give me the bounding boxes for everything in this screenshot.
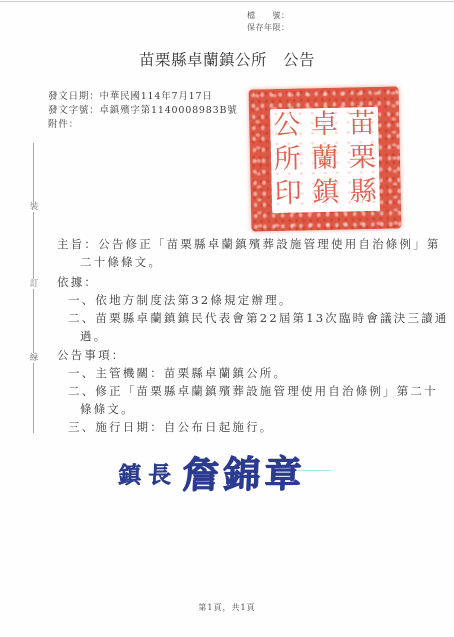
official-seal: 苗栗縣 卓蘭鎮 公所印 (249, 86, 402, 231)
body-line-basis-item2-cont: 過。 (80, 328, 107, 344)
body-line-basis-item2: 二、苗栗縣卓蘭鎮鎮民代表會第22屆第13次臨時會議決三讀通 (68, 310, 449, 326)
seal-column-left: 公所印 (273, 109, 302, 214)
body-line-basis-item1: 一、依地方制度法第32條規定辦理。 (68, 292, 293, 308)
file-number-block: 檔 號： 保存年限： (247, 10, 290, 33)
page-title: 苗栗縣卓蘭鎮公所 公告 (0, 48, 454, 70)
seal-column-middle: 卓蘭鎮 (310, 108, 339, 213)
issue-number-line: 發文字號：卓鎮殯字第1140008983B號 (48, 104, 238, 118)
body-line-matters-label: 公告事項： (57, 347, 126, 363)
issue-date-line: 發文日期：中華民國114年7月17日 (48, 90, 238, 104)
retention-period-label: 保存年限： (247, 22, 290, 34)
signature-name: 詹錦章 (181, 455, 306, 493)
body-line-matters-item3: 三、施行日期：自公布日起施行。 (68, 419, 274, 435)
body-line-subject: 主旨：公告修正「苗栗縣卓蘭鎮殯葬設施管理使用自治條例」第 (57, 236, 441, 252)
scan-edge-line (0, 1, 454, 2)
attachment-line: 附件： (48, 118, 238, 132)
body-line-matters-item2-cont: 條條文。 (80, 401, 135, 417)
file-number-label: 檔 號： (247, 10, 290, 22)
body-line-matters-item2: 二、修正「苗栗縣卓蘭鎮殯葬設施管理使用自治條例」第二十 (68, 383, 438, 399)
seal-column-right: 苗栗縣 (348, 107, 377, 212)
mayor-signature-stamp: 鎮長 詹錦章 (117, 455, 306, 494)
body-line-matters-item1: 一、主管機關：苗栗縣卓蘭鎮公所。 (68, 365, 287, 381)
seal-inner-face: 苗栗縣 卓蘭鎮 公所印 (270, 107, 380, 213)
body-line-basis-label: 依據： (57, 274, 98, 290)
signature-title: 鎮長 (117, 463, 178, 494)
binding-char-ding: 訂 (28, 279, 40, 289)
issue-meta-block: 發文日期：中華民國114年7月17日 發文字號：卓鎮殯字第1140008983B… (48, 90, 238, 132)
announcement-document-page: 檔 號： 保存年限： 苗栗縣卓蘭鎮公所 公告 發文日期：中華民國114年7月17… (0, 0, 454, 637)
body-line-subject-cont: 二十條條文。 (80, 254, 162, 270)
binding-char-xian: 線 (28, 353, 40, 363)
page-footer: 第1頁，共1頁 (0, 602, 454, 613)
binding-char-zhuang: 裝 (28, 202, 40, 212)
